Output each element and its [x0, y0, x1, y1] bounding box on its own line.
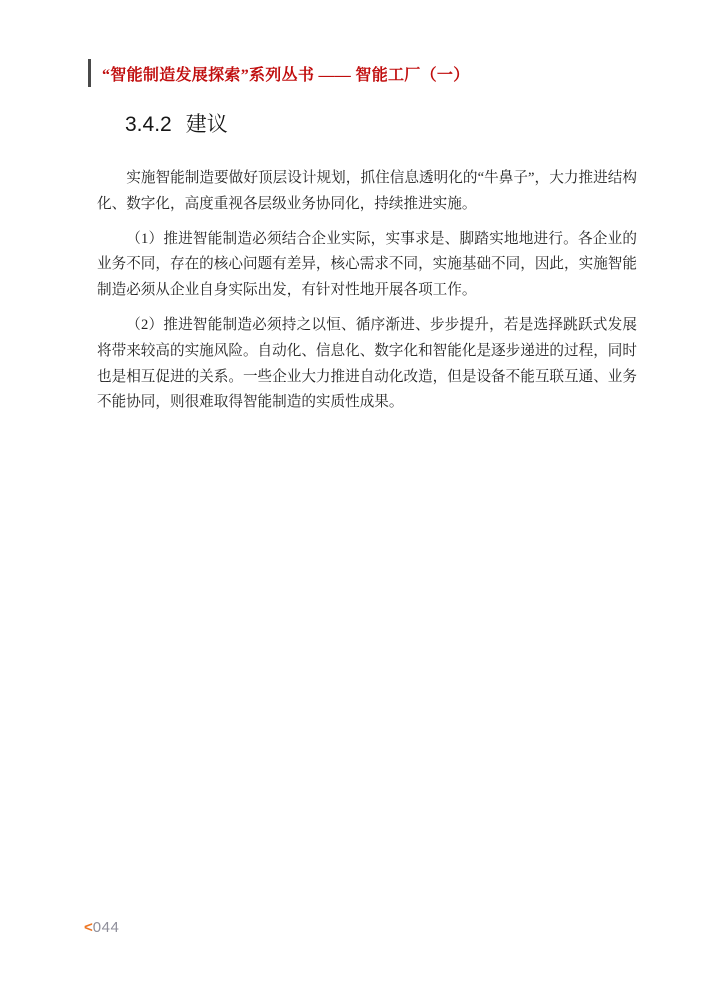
- page-footer: <044: [84, 919, 119, 936]
- section-title: 建议: [186, 113, 228, 136]
- series-title: “智能制造发展探索”系列丛书 —— 智能工厂（一）: [102, 62, 470, 85]
- document-page: “智能制造发展探索”系列丛书 —— 智能工厂（一） 3.4.2建议 实施智能制造…: [0, 0, 721, 1005]
- running-header: “智能制造发展探索”系列丛书 —— 智能工厂（一）: [88, 59, 470, 87]
- section-number: 3.4.2: [125, 113, 172, 136]
- header-rule: [88, 59, 91, 87]
- paragraph-intro: 实施智能制造要做好顶层设计规划，抓住信息透明化的“牛鼻子”，大力推进结构化、数字…: [97, 166, 637, 218]
- page-number: 044: [93, 919, 120, 936]
- body-text: 实施智能制造要做好顶层设计规划，抓住信息透明化的“牛鼻子”，大力推进结构化、数字…: [97, 166, 637, 425]
- paragraph-point-1: （1）推进智能制造必须结合企业实际，实事求是、脚踏实地地进行。各企业的业务不同，…: [97, 227, 637, 304]
- paragraph-point-2: （2）推进智能制造必须持之以恒、循序渐进、步步提升，若是选择跳跃式发展将带来较高…: [97, 313, 637, 416]
- section-heading: 3.4.2建议: [125, 111, 228, 138]
- page-marker-icon: <: [84, 919, 93, 936]
